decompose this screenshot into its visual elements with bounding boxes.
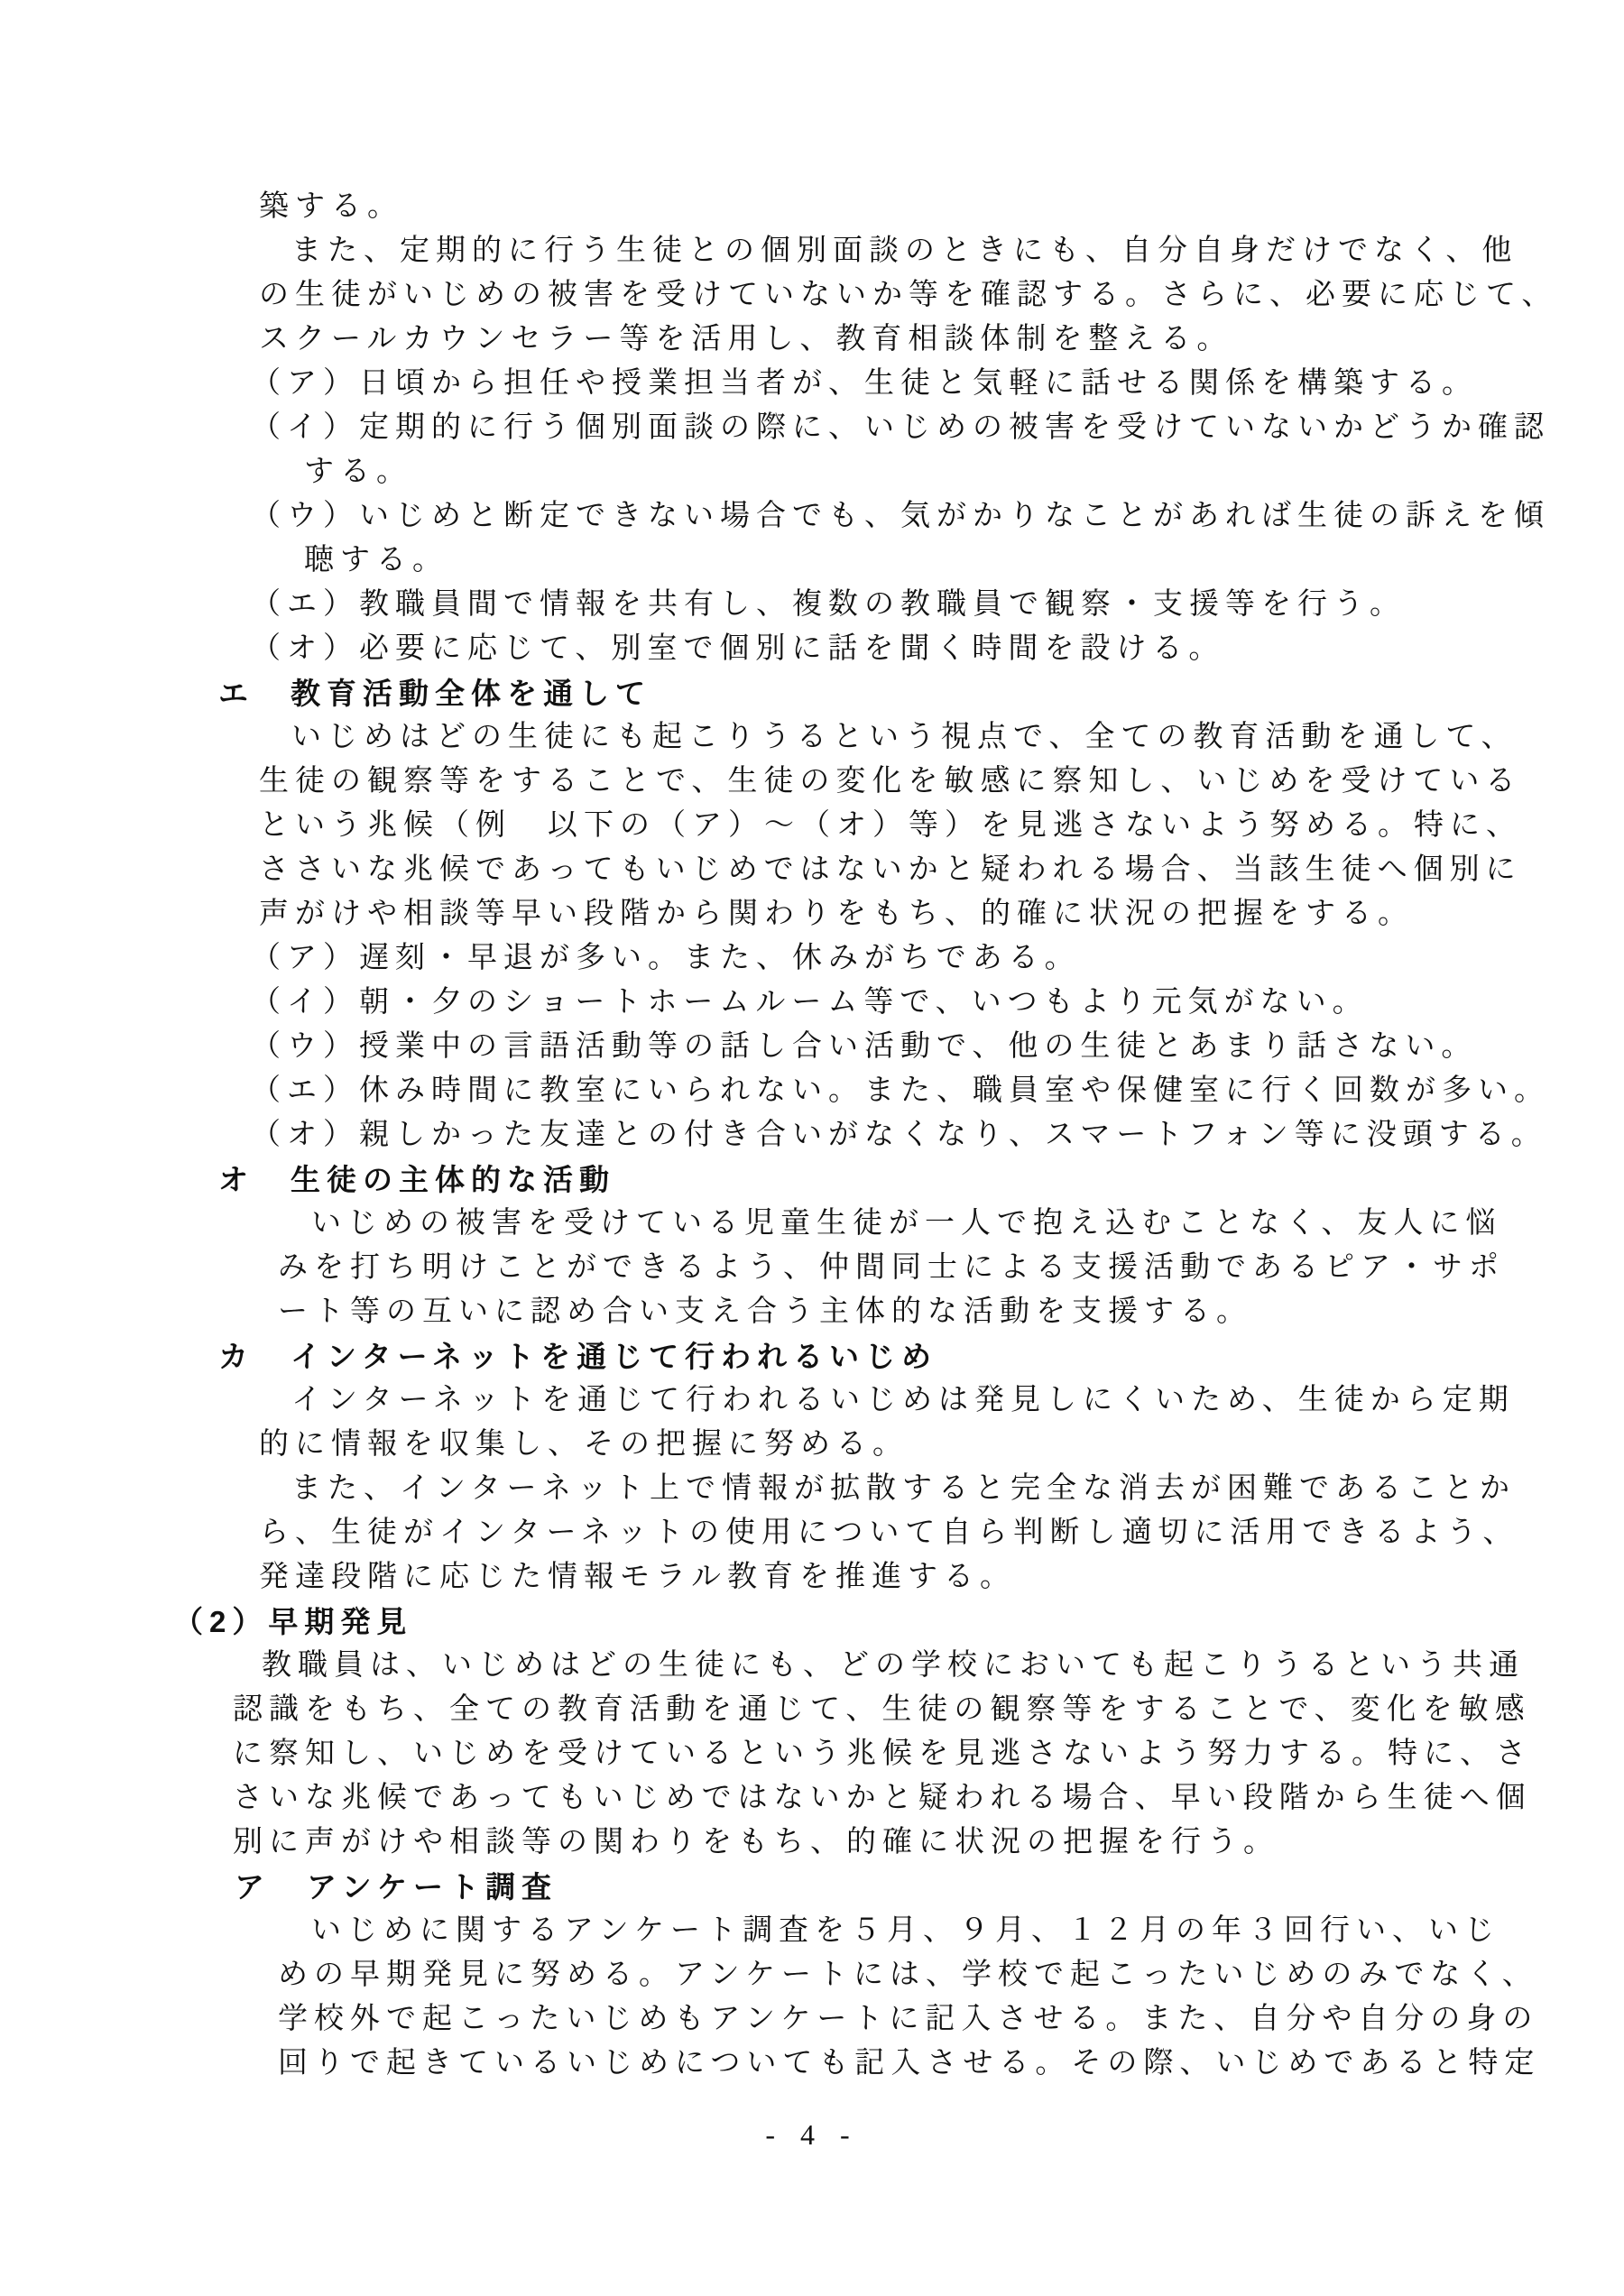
subsection-heading: ア アンケート調査 <box>0 1865 1624 1909</box>
text-line: 生徒の観察等をすることで、生徒の変化を敏感に察知し、いじめを受けている <box>0 760 1624 804</box>
text-line: ート等の互いに認め合い支え合う主体的な活動を支援する。 <box>0 1290 1624 1334</box>
document-page: 築する。また、定期的に行う生徒との個別面談のときにも、自分自身だけでなく、他の生… <box>0 0 1624 2296</box>
text-line: スクールカウンセラー等を活用し、教育相談体制を整える。 <box>0 318 1624 362</box>
text-line: の生徒がいじめの被害を受けていないか等を確認する。さらに、必要に応じて、 <box>0 273 1624 318</box>
text-line: 学校外で起こったいじめもアンケートに記入させる。また、自分や自分の身の <box>0 1997 1624 2042</box>
section-heading: （2）早期発見 <box>0 1600 1624 1644</box>
text-line: 発達段階に応じた情報モラル教育を推進する。 <box>0 1555 1624 1600</box>
text-line: 築する。 <box>0 185 1624 229</box>
text-line: ら、生徒がインターネットの使用について自ら判断し適切に活用できるよう、 <box>0 1511 1624 1555</box>
text-line: みを打ち明けことができるよう、仲間同士による支援活動であるピア・サポ <box>0 1246 1624 1290</box>
text-line: する。 <box>0 450 1624 494</box>
text-line: （ア）遅刻・早退が多い。また、休みがちである。 <box>0 936 1624 981</box>
text-line: 回りで起きているいじめについても記入させる。その際、いじめであると特定 <box>0 2042 1624 2086</box>
subsection-heading: カ インターネットを通じて行われるいじめ <box>0 1334 1624 1379</box>
text-line: （エ）休み時間に教室にいられない。また、職員室や保健室に行く回数が多い。 <box>0 1069 1624 1113</box>
text-line: いじめに関するアンケート調査を５月、９月、１２月の年３回行い、いじ <box>0 1909 1624 1953</box>
text-line: という兆候（例 以下の（ア）～（オ）等）を見逃さないよう努める。特に、 <box>0 804 1624 848</box>
text-line: 聴する。 <box>0 539 1624 583</box>
text-line: （ウ）いじめと断定できない場合でも、気がかりなことがあれば生徒の訴えを傾 <box>0 494 1624 539</box>
document-body: 築する。また、定期的に行う生徒との個別面談のときにも、自分自身だけでなく、他の生… <box>0 185 1624 2086</box>
text-line: （エ）教職員間で情報を共有し、複数の教職員で観察・支援等を行う。 <box>0 583 1624 627</box>
text-line: 声がけや相談等早い段階から関わりをもち、的確に状況の把握をする。 <box>0 892 1624 936</box>
text-line: ささいな兆候であってもいじめではないかと疑われる場合、当該生徒へ個別に <box>0 848 1624 892</box>
text-line: （ア）日頃から担任や授業担当者が、生徒と気軽に話せる関係を構築する。 <box>0 362 1624 406</box>
text-line: いじめの被害を受けている児童生徒が一人で抱え込むことなく、友人に悩 <box>0 1202 1624 1246</box>
text-line: いじめはどの生徒にも起こりうるという視点で、全ての教育活動を通して、 <box>0 715 1624 760</box>
subsection-heading: オ 生徒の主体的な活動 <box>0 1157 1624 1202</box>
text-line: （イ）定期的に行う個別面談の際に、いじめの被害を受けていないかどうか確認 <box>0 406 1624 450</box>
text-line: （ウ）授業中の言語活動等の話し合い活動で、他の生徒とあまり話さない。 <box>0 1025 1624 1069</box>
text-line: 的に情報を収集し、その把握に努める。 <box>0 1423 1624 1467</box>
page-number: - 4 - <box>0 2113 1624 2157</box>
text-line: （オ）親しかった友達との付き合いがなくなり、スマートフォン等に没頭する。 <box>0 1113 1624 1157</box>
text-line: 教職員は、いじめはどの生徒にも、どの学校においても起こりうるという共通 <box>0 1644 1624 1688</box>
text-line: （オ）必要に応じて、別室で個別に話を聞く時間を設ける。 <box>0 627 1624 671</box>
text-line: さいな兆候であってもいじめではないかと疑われる場合、早い段階から生徒へ個 <box>0 1776 1624 1821</box>
text-line: また、定期的に行う生徒との個別面談のときにも、自分自身だけでなく、他 <box>0 229 1624 273</box>
subsection-heading: エ 教育活動全体を通して <box>0 671 1624 715</box>
text-line: （イ）朝・夕のショートホームルーム等で、いつもより元気がない。 <box>0 981 1624 1025</box>
text-line: インターネットを通じて行われるいじめは発見しにくいため、生徒から定期 <box>0 1379 1624 1423</box>
text-line: 認識をもち、全ての教育活動を通じて、生徒の観察等をすることで、変化を敏感 <box>0 1688 1624 1732</box>
text-line: 別に声がけや相談等の関わりをもち、的確に状況の把握を行う。 <box>0 1821 1624 1865</box>
text-line: に察知し、いじめを受けているという兆候を見逃さないよう努力する。特に、さ <box>0 1732 1624 1776</box>
text-line: めの早期発見に努める。アンケートには、学校で起こったいじめのみでなく、 <box>0 1953 1624 1997</box>
text-line: また、インターネット上で情報が拡散すると完全な消去が困難であることか <box>0 1467 1624 1511</box>
